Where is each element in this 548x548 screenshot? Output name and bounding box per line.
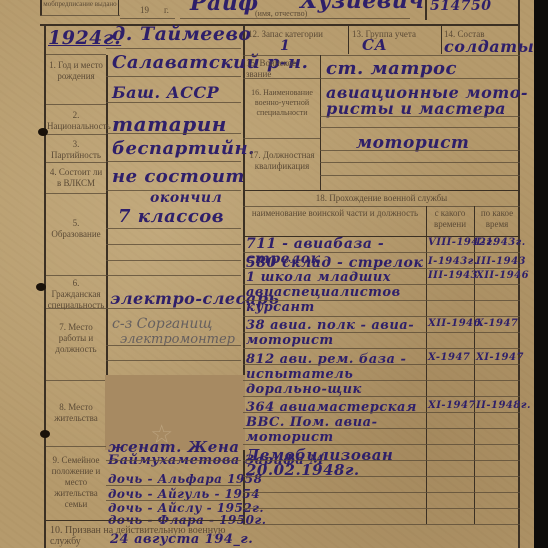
field-label-specialty: 16. Наименование военно-учетной специаль… xyxy=(246,88,318,118)
divider xyxy=(243,300,520,301)
party: беспартийн. xyxy=(112,138,255,159)
divider xyxy=(243,252,520,253)
year-prefix: 19 xyxy=(140,5,149,16)
divider xyxy=(243,444,520,445)
divider xyxy=(243,364,520,365)
divider xyxy=(46,275,106,276)
divider xyxy=(243,190,520,191)
divider xyxy=(40,15,120,16)
divider xyxy=(320,116,520,117)
service-unit: 38 авиа. полк - авиа-моторист xyxy=(246,318,426,348)
conscription-date: 24 августа 194_г. xyxy=(110,532,253,547)
birth-village: д. Таймеево xyxy=(112,23,252,45)
divider xyxy=(44,520,244,521)
service-to: X-1947 xyxy=(476,318,518,329)
divider xyxy=(46,446,106,447)
column-unit: наименование воинской части и должность xyxy=(246,208,424,219)
field-label-residence: 8. Место жительства xyxy=(47,402,105,424)
divider xyxy=(46,134,106,135)
divider xyxy=(106,500,241,501)
service-unit: Демобилизован 20.02.1948г. xyxy=(246,448,426,478)
divider xyxy=(243,348,520,349)
divider xyxy=(106,485,241,486)
service-to: XI-1947 xyxy=(476,352,524,363)
divider xyxy=(120,18,175,19)
rank: ст. матрос xyxy=(326,58,457,79)
first-name: Раиф xyxy=(190,0,259,16)
divider xyxy=(243,460,520,461)
divider xyxy=(46,193,106,194)
education-line2: 7 классов xyxy=(118,206,224,227)
column-to: по какое время xyxy=(475,208,519,230)
field-label-family: 9. Семейное положение и место жительства… xyxy=(47,455,105,510)
divider xyxy=(118,0,119,16)
mobilization-label: мобпредписание выдано xyxy=(42,0,118,8)
field-label-komsomol: 4. Состоит ли в ВЛКСМ xyxy=(47,167,105,189)
divider xyxy=(243,492,520,493)
divider xyxy=(243,55,520,56)
divider xyxy=(46,308,106,309)
divider xyxy=(243,332,520,333)
divider xyxy=(106,244,241,245)
komsomol: не состоит xyxy=(112,166,245,187)
divider xyxy=(243,284,520,285)
punch-hole xyxy=(40,430,50,438)
divider xyxy=(243,268,520,269)
divider xyxy=(243,78,520,79)
field-label-nationality: 2. Национальность xyxy=(47,110,105,132)
divider xyxy=(320,127,520,128)
divider xyxy=(106,360,241,361)
service-to: III-1943 xyxy=(476,256,526,267)
divider xyxy=(320,150,520,151)
service-to: I-1943г. xyxy=(476,237,526,248)
divider xyxy=(46,380,106,381)
service-title: 18. Прохождение военной службы xyxy=(243,193,520,204)
punch-hole xyxy=(36,283,46,291)
birth-republic: Баш. АССР xyxy=(112,83,219,102)
divider xyxy=(243,476,520,477)
divider xyxy=(243,316,520,317)
service-from: X-1947 xyxy=(428,352,470,363)
divider xyxy=(106,161,241,162)
divider xyxy=(243,206,520,207)
divider xyxy=(425,0,427,20)
divider xyxy=(46,54,106,55)
field-label-workplace: 7. Место работы и должность xyxy=(47,322,105,355)
service-unit: 1 школа младших авиаспециалистов курсант xyxy=(246,270,426,315)
field-label-education: 5. Образование xyxy=(47,218,105,240)
divider xyxy=(106,345,241,346)
composition: солдаты xyxy=(444,37,534,56)
service-unit: 812 ави. рем. база - испытатель дорально… xyxy=(246,352,426,397)
family-line3: дочь - Альфара 1958 xyxy=(108,472,263,486)
field-label-civil-specialty: 6. Гражданская специальность xyxy=(47,278,105,311)
field-label-party: 3. Партийность xyxy=(47,139,105,161)
divider xyxy=(243,508,520,509)
workplace-line1: с-з Сорганищ xyxy=(112,316,212,332)
punch-hole xyxy=(38,128,48,136)
service-unit: 364 авиамастерская ВВС. Пом. авиа-мотори… xyxy=(246,400,426,445)
divider xyxy=(243,412,520,413)
divider xyxy=(243,380,520,381)
account-group: СА xyxy=(362,36,387,54)
divider xyxy=(106,228,241,229)
divider xyxy=(106,133,241,134)
divider xyxy=(320,55,321,190)
field-label-qualification: 17. Должностная квалификация xyxy=(246,150,318,172)
divider xyxy=(46,104,106,105)
education-line1: окончил xyxy=(150,190,222,206)
field-label-rank: 15. Воинское звание xyxy=(246,58,314,80)
reserve-category: 1 xyxy=(280,38,290,54)
divider xyxy=(441,26,442,54)
record-number: 514750 xyxy=(430,0,491,14)
divider xyxy=(320,162,520,163)
divider xyxy=(106,275,241,276)
service-to: II-1948г. xyxy=(476,400,531,411)
birth-year: 1924г. xyxy=(48,27,121,49)
service-from: I-1943г. xyxy=(428,256,478,267)
patronymic: Хузиевич xyxy=(300,0,424,14)
service-to: XII-1946 xyxy=(476,270,529,281)
divider xyxy=(106,76,241,77)
divider xyxy=(46,162,106,163)
service-from: III-1943 xyxy=(428,270,478,281)
year-suffix: г. xyxy=(164,5,169,16)
divider xyxy=(106,308,241,309)
divider xyxy=(243,396,520,397)
name-caption: (имя, отчество) xyxy=(255,8,307,19)
scan-edge xyxy=(534,0,548,548)
column-from: с какого времени xyxy=(428,208,472,230)
divider xyxy=(243,138,320,139)
divider xyxy=(243,524,520,525)
service-from: XII-1946 xyxy=(428,318,481,329)
divider xyxy=(106,48,241,49)
family-line4: дочь - Айгуль - 1954 xyxy=(108,487,260,501)
divider xyxy=(243,428,520,429)
divider xyxy=(106,260,241,261)
divider xyxy=(106,102,241,103)
record-card: мобпредписание выдано 19 г. Раиф Хузиеви… xyxy=(0,0,534,548)
divider xyxy=(106,460,241,461)
service-from: XI-1947 xyxy=(428,400,476,411)
divider xyxy=(348,26,349,54)
divider xyxy=(320,175,520,176)
field-label-birth: 1. Год и место рождения xyxy=(47,60,105,82)
